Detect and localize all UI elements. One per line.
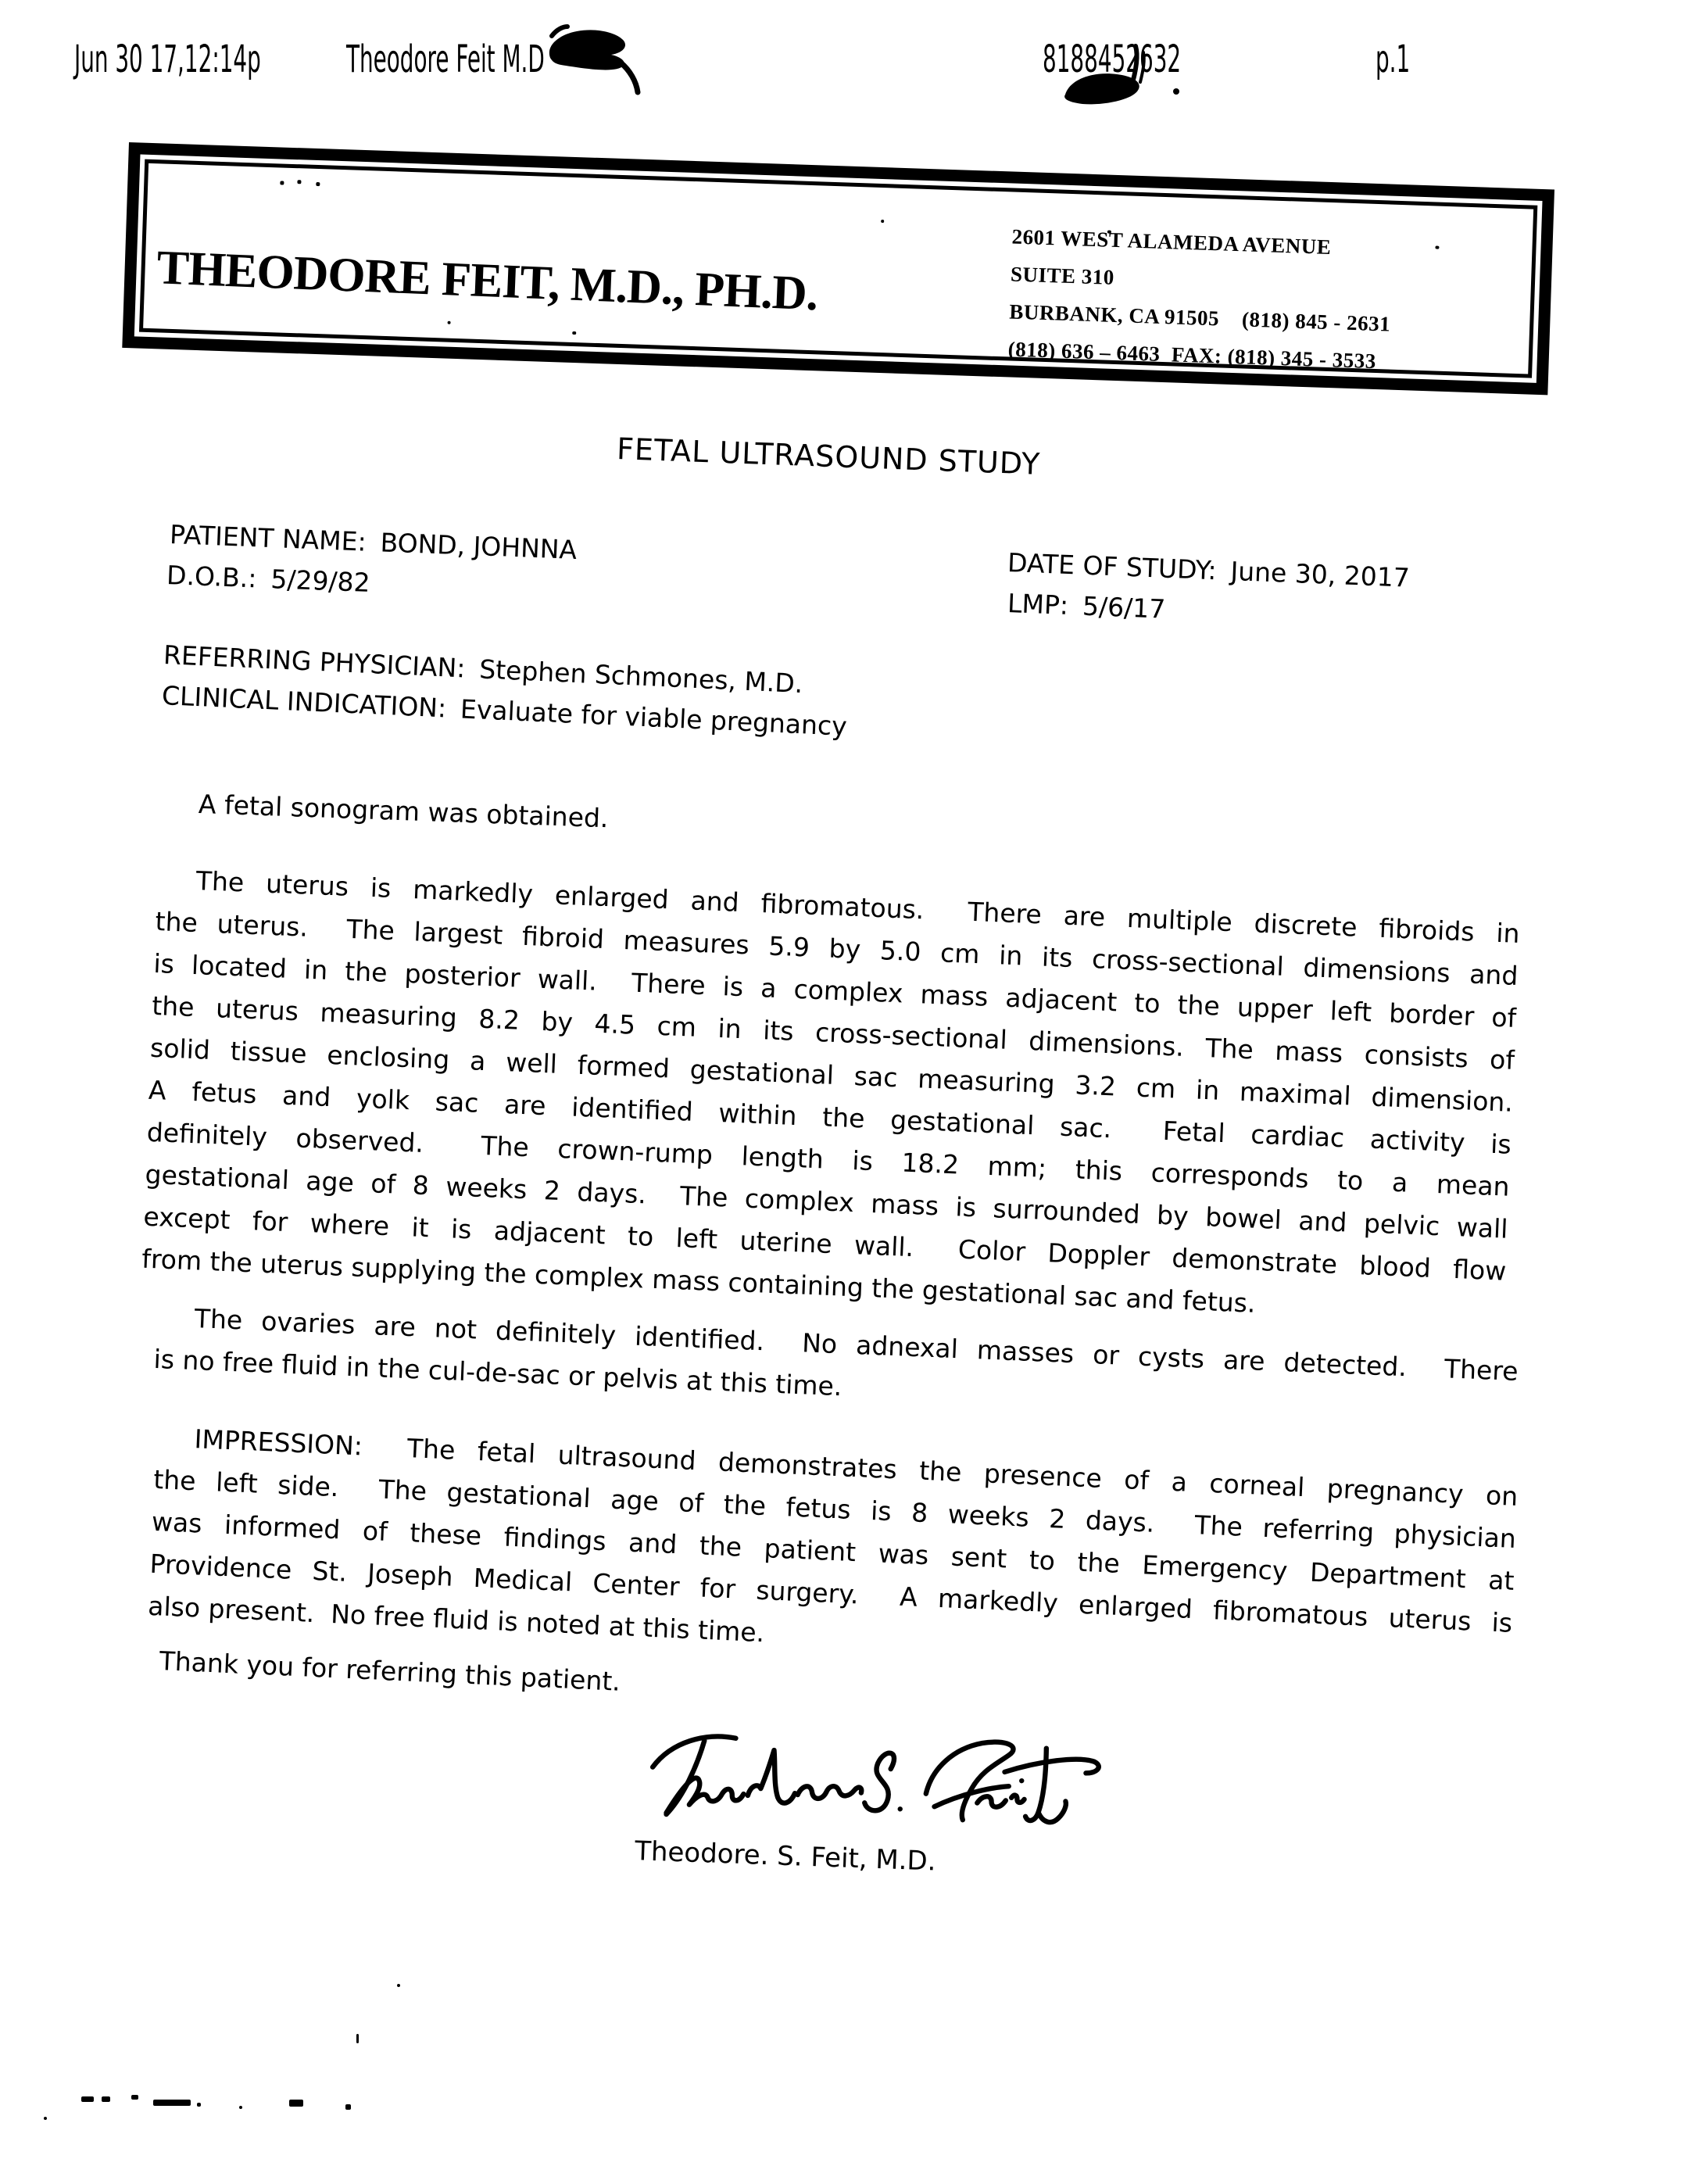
scan-speck (102, 2096, 110, 2102)
fax-page-number: p.1 (1376, 38, 1410, 81)
study-date-value: June 30, 2017 (1230, 556, 1411, 593)
letterhead-address: 2601 WEST ALAMEDA AVENUE SUITE 310 BURBA… (1007, 218, 1393, 381)
fax-datetime: Jun 30 17,12:14p (74, 38, 261, 81)
fax-document-page: Jun 30 17,12:14p Theodore Feit M.D 81884… (0, 0, 1685, 2184)
scan-speck (289, 2100, 303, 2107)
study-date-line: DATE OF STUDY:June 30, 2017 (1007, 547, 1411, 593)
scan-speck (153, 2100, 191, 2106)
ink-smudge-icon (539, 22, 641, 100)
referring-physician-value: Stephen Schmones, M.D. (478, 653, 803, 699)
patient-name-value: BOND, JOHNNA (380, 527, 578, 565)
signature-scribble (628, 1720, 1114, 1848)
scan-speck (356, 2034, 359, 2043)
patient-dob-value: 5/29/82 (270, 564, 371, 598)
letterhead-box: THEODORE FEIT, M.D., PH.D. 2601 WEST ALA… (122, 142, 1554, 395)
lmp-label: LMP: (1007, 588, 1069, 621)
scan-speck (297, 180, 301, 184)
patient-dob-label: D.O.B.: (166, 560, 258, 593)
fax-sender-name: Theodore Feit M.D (346, 38, 545, 81)
clinical-indication-value: Evaluate for viable pregnancy (460, 693, 847, 741)
text-line: A fetal sonogram was obtained. (198, 783, 1562, 873)
scan-speck (81, 2096, 94, 2102)
scan-speck (239, 2106, 242, 2109)
ink-smudge-icon (1059, 43, 1184, 113)
paragraph-intro: A fetal sonogram was obtained. (198, 783, 1562, 873)
referring-physician-label: REFERRING PHYSICIAN: (163, 639, 466, 683)
signature-block: Theodore. S. Feit, M.D. (628, 1720, 1129, 1860)
patient-dob-line: D.O.B.:5/29/82 (166, 560, 371, 598)
scan-speck (397, 1984, 400, 1987)
scan-speck (316, 182, 320, 186)
report-title: FETAL ULTRASOUND STUDY (616, 431, 1041, 482)
scan-speck (345, 2104, 351, 2110)
scan-speck (1107, 231, 1111, 234)
clinical-indication-label: CLINICAL INDICATION: (161, 680, 447, 723)
scan-speck (280, 181, 284, 184)
scan-speck (44, 2117, 47, 2120)
lmp-value: 5/6/17 (1082, 591, 1166, 625)
lmp-line: LMP:5/6/17 (1007, 588, 1166, 625)
scan-speck (197, 2103, 201, 2107)
paragraph-findings: The uterus is markedly enlarged and fibr… (141, 858, 1520, 1335)
scan-speck (131, 2095, 138, 2100)
patient-name-label: PATIENT NAME: (170, 519, 367, 557)
paragraph-impression: IMPRESSION: The fetal ultrasound demonst… (147, 1416, 1519, 1687)
patient-name-line: PATIENT NAME:BOND, JOHNNA (170, 519, 578, 565)
study-date-label: DATE OF STUDY: (1007, 547, 1218, 585)
scan-speck (1435, 245, 1439, 249)
scan-speck (572, 331, 576, 335)
fax-transmission-header: Jun 30 17,12:14p Theodore Feit M.D 81884… (0, 0, 1685, 102)
